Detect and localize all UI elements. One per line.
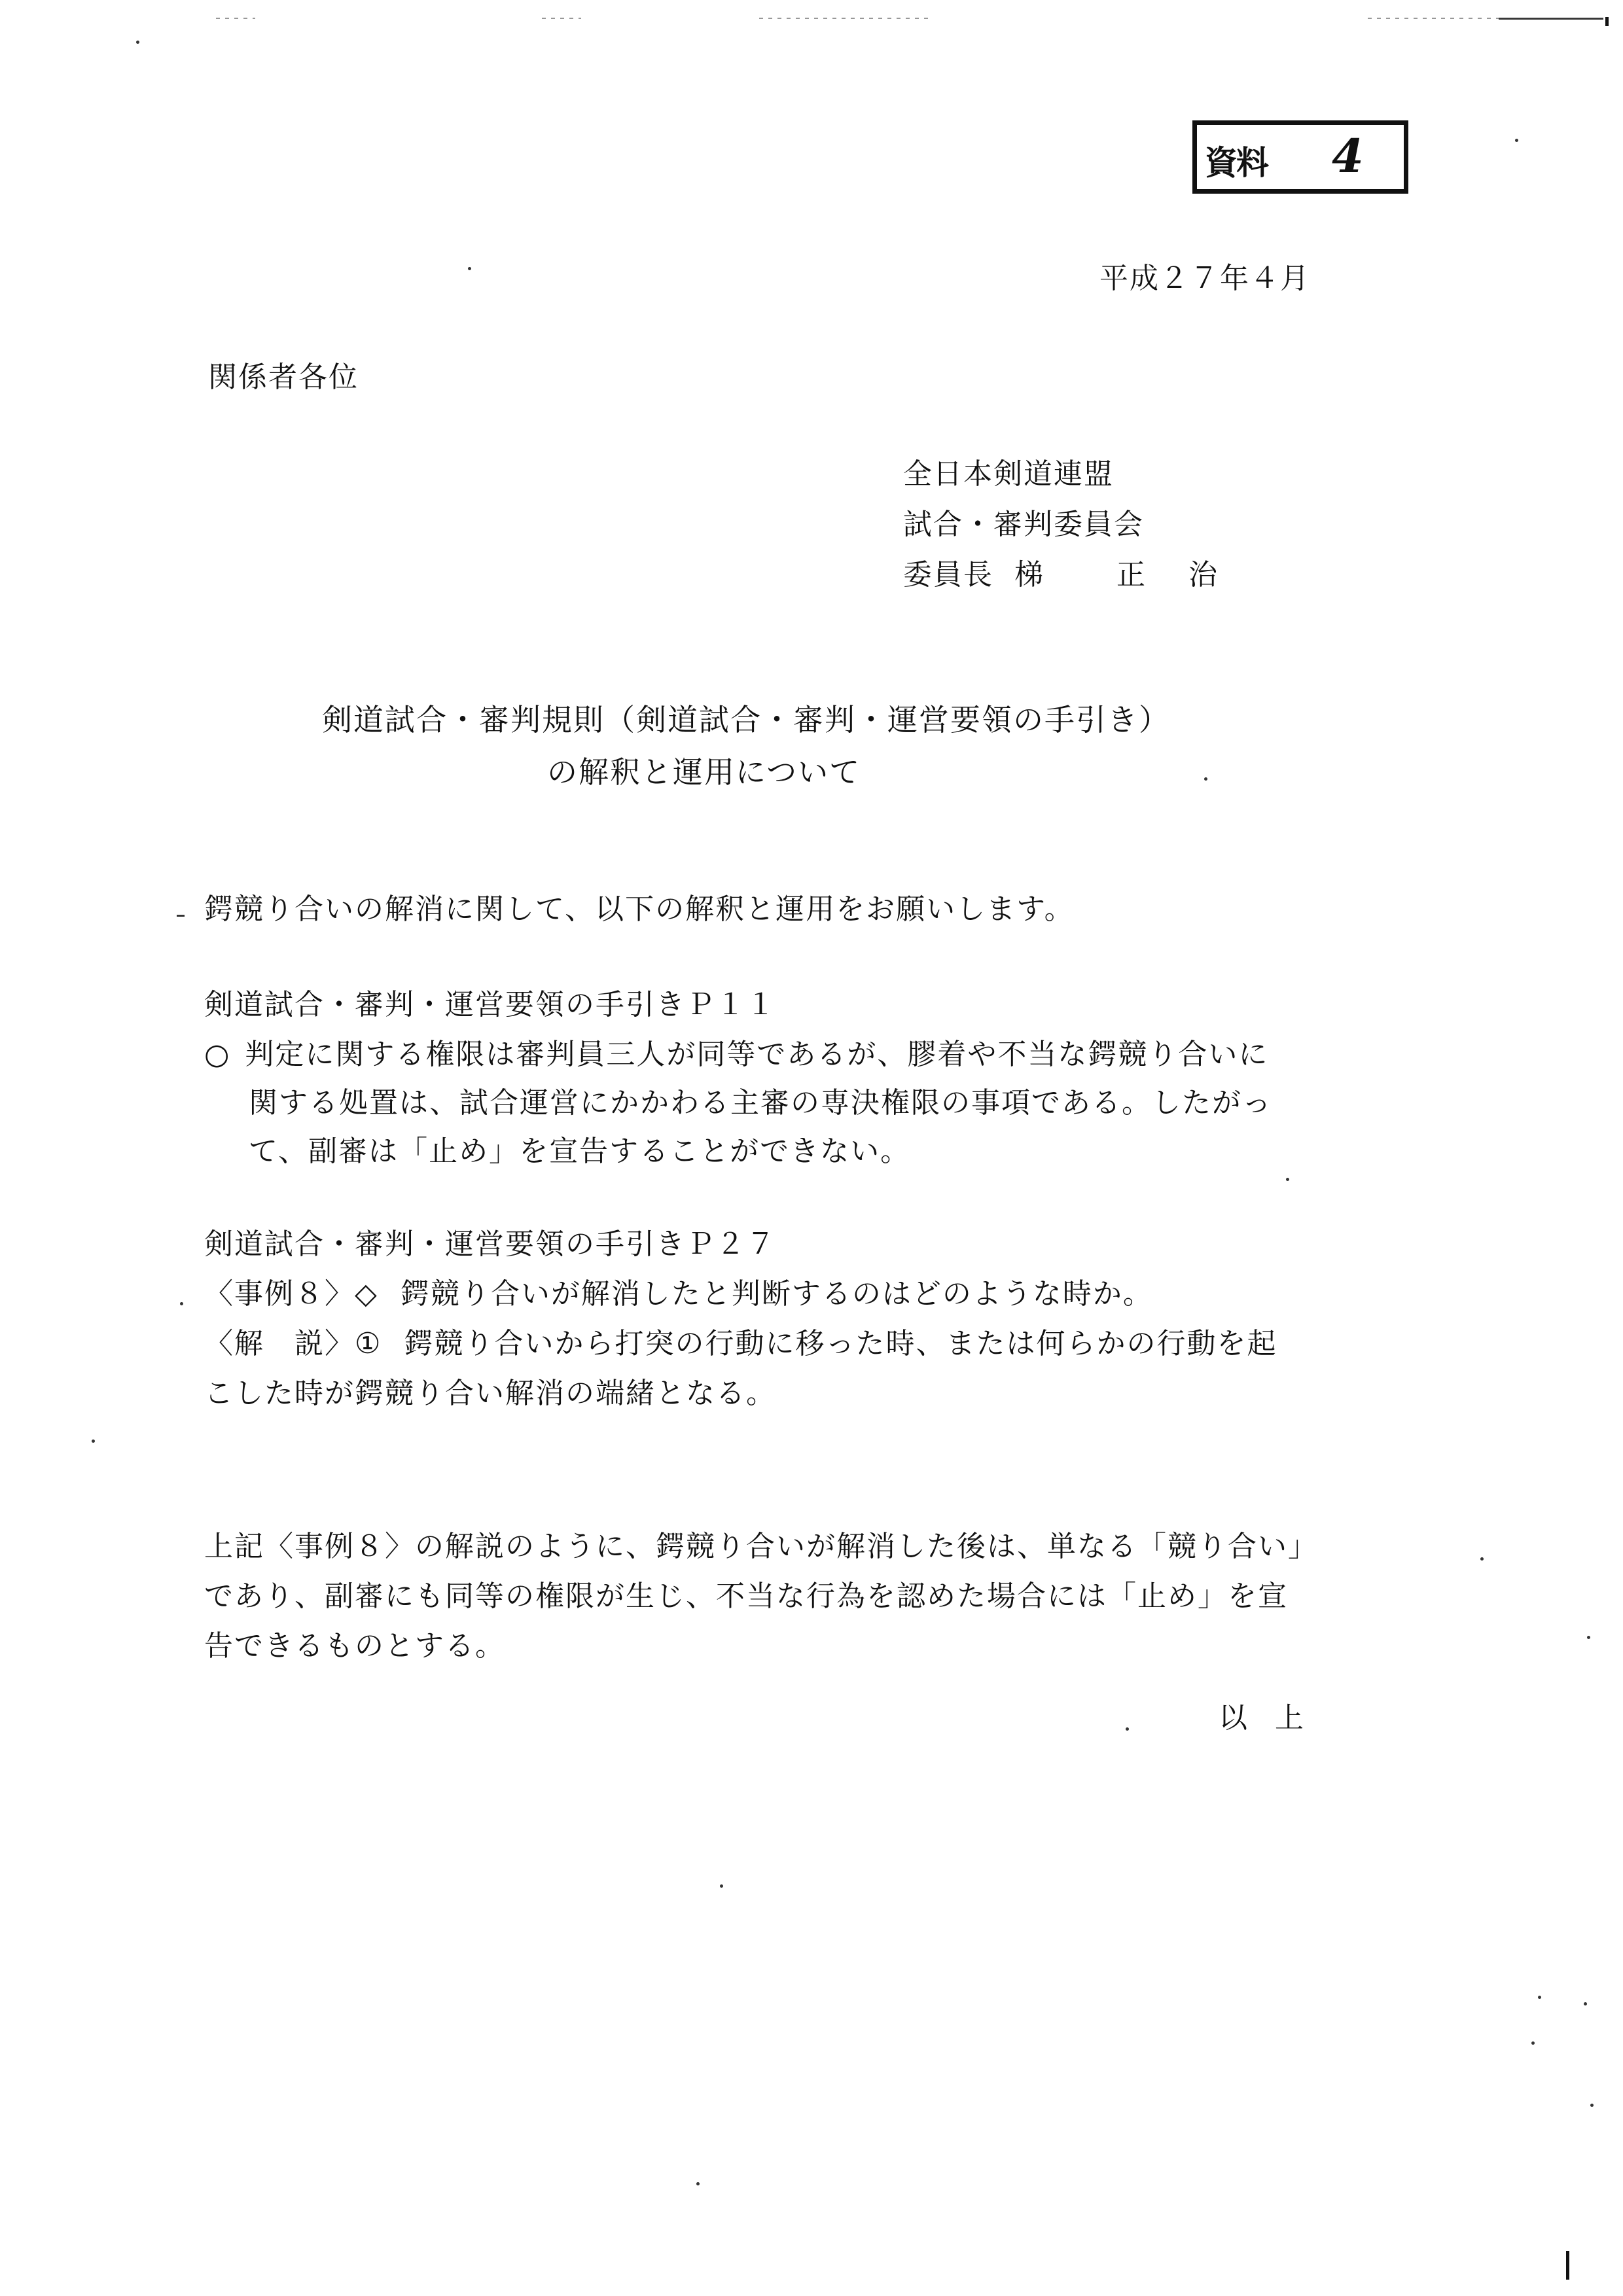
scan-speck [136, 41, 139, 44]
conclusion-line: 告できるものとする。 [204, 1632, 505, 1661]
addressee: 関係者各位 [208, 363, 359, 392]
document-title-line1: 剣道試合・審判規則（剣道試合・審判・運営要領の手引き） [322, 705, 1170, 734]
chair-name-part: 治 [1188, 561, 1219, 590]
scan-artifact [1499, 18, 1603, 20]
section-p11-line: 関する処置は、試合運営にかかわる主審の専決権限の事項である。したがっ [249, 1089, 1272, 1118]
sender-chair: 委員長梯正治 [903, 561, 1219, 590]
document-date: 平成２７年４月 [1099, 264, 1310, 293]
scan-speck [696, 2182, 700, 2185]
scan-speck [1126, 1727, 1129, 1731]
section-p11-line: ○判定に関する権限は審判員三人が同等であるが、膠着や不当な鍔競り合いに [204, 1040, 1268, 1069]
scan-artifact [1605, 17, 1609, 26]
scan-speck [1538, 1996, 1541, 1999]
intro-paragraph: 鍔競り合いの解消に関して、以下の解釈と運用をお願いします。 [204, 895, 1075, 924]
conclusion-line: 上記〈事例８〉の解説のように、鍔競り合いが解消した後は、単なる「競り合い」 [204, 1532, 1318, 1561]
case-example-line: 〈事例８〉◇鍔競り合いが解消したと判断するのはどのような時か。 [204, 1280, 1153, 1309]
circled-one-icon: ① [355, 1327, 382, 1360]
closing-mark: 以上 [1219, 1704, 1331, 1733]
scan-speck [180, 1302, 183, 1305]
sender-committee: 試合・審判委員会 [903, 510, 1144, 539]
document-label-box: 資料 4 [1192, 120, 1408, 194]
sender-organization: 全日本剣道連盟 [903, 460, 1114, 489]
explanation-line: こした時が鍔競り合い解消の端緒となる。 [204, 1379, 776, 1408]
scan-speck [1531, 2041, 1535, 2045]
circle-bullet-icon: ○ [204, 1038, 230, 1071]
scan-speck [1587, 1636, 1590, 1639]
conclusion-line: であり、副審にも同等の権限が生じ、不当な行為を認めた場合には「止め」を宣 [204, 1582, 1288, 1611]
scan-speck [92, 1439, 95, 1443]
scan-artifact [1566, 2251, 1569, 2280]
section-p11-line: て、副審は「止め」を宣告することができない。 [249, 1137, 910, 1166]
scan-speck [1584, 2002, 1587, 2005]
scan-artifact [1368, 18, 1499, 19]
explanation-line: 〈解 説〉①鍔競り合いから打突の行動に移った時、または何らかの行動を起 [204, 1330, 1277, 1358]
scan-artifact [759, 18, 929, 19]
scan-artifact [542, 18, 581, 19]
document-page: 資料 4 平成２７年４月 関係者各位 全日本剣道連盟 試合・審判委員会 委員長梯… [0, 0, 1623, 2296]
document-label-text: 資料 [1205, 137, 1268, 184]
document-title-line2: の解釈と運用について [547, 758, 861, 786]
chair-title: 委員長 [903, 561, 1014, 590]
explanation-text: 鍔競り合いから打突の行動に移った時、または何らかの行動を起 [404, 1327, 1277, 1360]
diamond-icon: ◇ [355, 1277, 378, 1311]
chair-name-part: 正 [1116, 561, 1188, 590]
section-heading-p11: 剣道試合・審判・運営要領の手引きＰ１１ [204, 991, 776, 1019]
scan-speck [1286, 1178, 1289, 1181]
scan-speck [468, 267, 471, 270]
section-p11-text: 判定に関する権限は審判員三人が同等であるが、膠着や不当な鍔競り合いに [245, 1038, 1268, 1071]
scan-speck [177, 915, 185, 917]
explanation-label: 〈解 説〉 [204, 1327, 355, 1360]
scan-speck [1204, 777, 1207, 781]
scan-speck [1480, 1557, 1484, 1561]
scan-speck [1515, 139, 1518, 142]
case-text: 鍔競り合いが解消したと判断するのはどのような時か。 [401, 1277, 1153, 1311]
scan-speck [720, 1884, 723, 1888]
chair-name-part: 梯 [1014, 561, 1116, 590]
section-heading-p27: 剣道試合・審判・運営要領の手引きＰ２７ [204, 1230, 776, 1259]
scan-speck [1590, 2104, 1594, 2107]
case-label: 〈事例８〉 [204, 1277, 355, 1311]
scan-artifact [216, 18, 255, 19]
document-label-number: 4 [1332, 129, 1364, 183]
